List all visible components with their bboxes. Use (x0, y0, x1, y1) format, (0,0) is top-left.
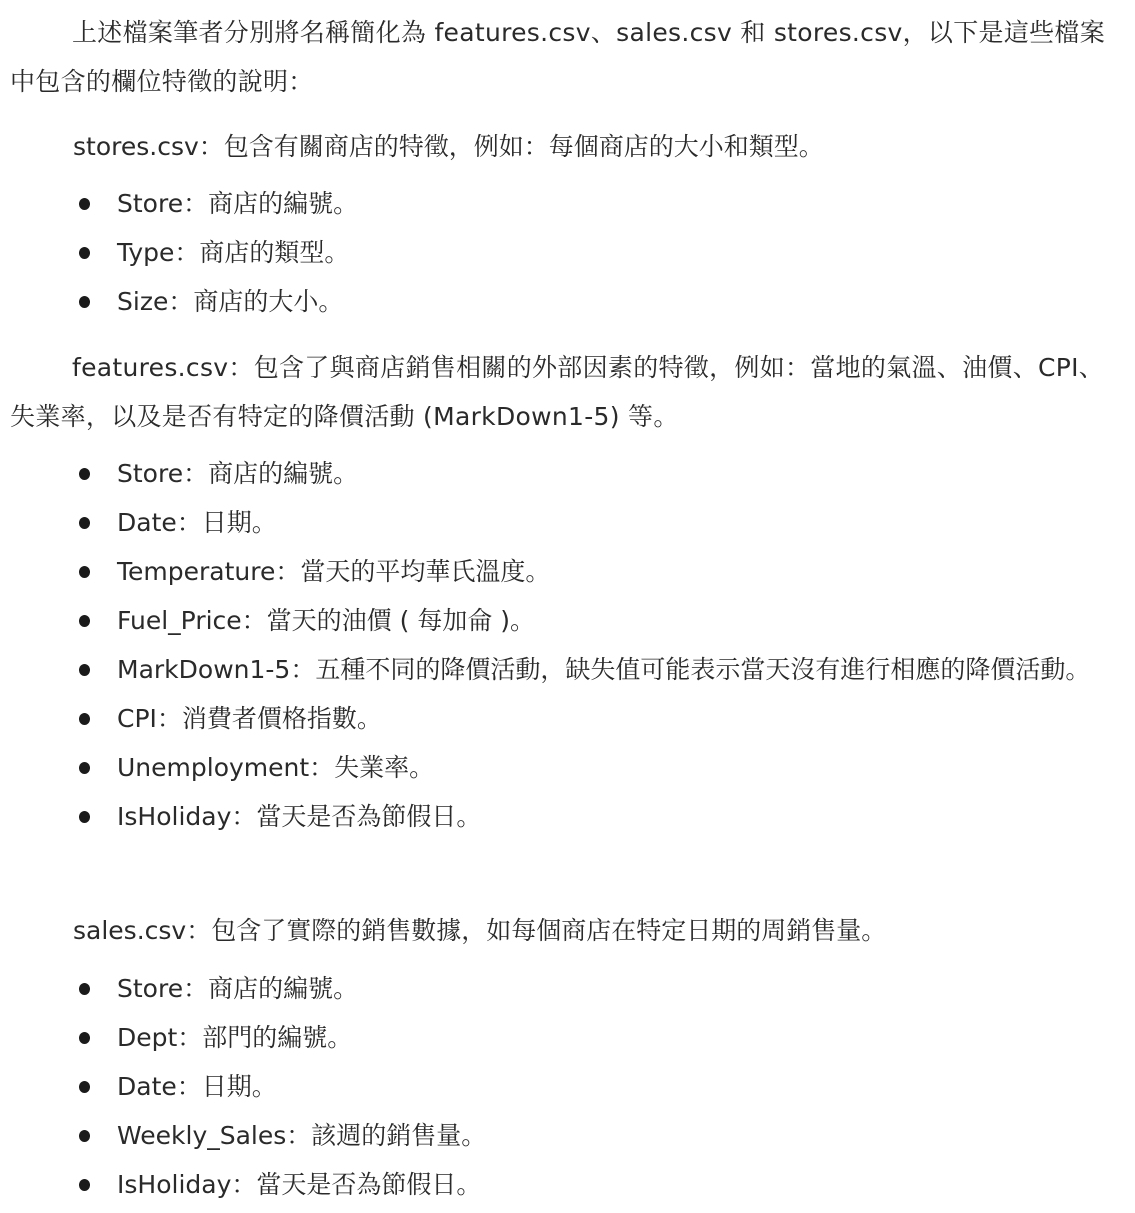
list-item: IsHoliday：當天是否為節假日。 (0, 792, 1117, 841)
list-item: Date：日期。 (0, 498, 1117, 547)
list-item: Store：商店的編號。 (0, 964, 1117, 1013)
list-item: Size：商店的大小。 (0, 277, 1117, 326)
bullet-icon (79, 468, 90, 480)
bullet-icon (79, 1130, 90, 1142)
bullet-icon (79, 566, 90, 578)
list-item: IsHoliday：當天是否為節假日。 (0, 1160, 1117, 1209)
bullet-icon (79, 1032, 90, 1044)
list-item: Unemployment：失業率。 (0, 743, 1117, 792)
bullet-icon (79, 247, 90, 259)
bullet-icon (79, 1081, 90, 1093)
bullet-icon (79, 762, 90, 774)
sales-field-list: Store：商店的編號。 Dept：部門的編號。 Date：日期。 Weekly… (0, 964, 1117, 1209)
stores-field-list: Store：商店的編號。 Type：商店的類型。 Size：商店的大小。 (0, 179, 1117, 326)
list-item: MarkDown1-5：五種不同的降價活動，缺失值可能表示當天沒有進行相應的降價… (0, 645, 1117, 694)
features-description: features.csv：包含了與商店銷售相關的外部因素的特徵，例如：當地的氣溫… (10, 343, 1117, 441)
list-item: CPI：消費者價格指數。 (0, 694, 1117, 743)
bullet-icon (79, 983, 90, 995)
document-page: 上述檔案筆者分別將名稱簡化為 features.csv、sales.csv 和 … (0, 0, 1135, 1213)
bullet-icon (79, 713, 90, 725)
bullet-icon (79, 296, 90, 308)
sales-description: sales.csv：包含了實際的銷售數據，如每個商店在特定日期的周銷售量。 (73, 916, 886, 946)
stores-description: stores.csv：包含有關商店的特徵，例如：每個商店的大小和類型。 (73, 132, 824, 162)
list-item: Type：商店的類型。 (0, 228, 1117, 277)
list-item: Fuel_Price：當天的油價 ( 每加侖 )。 (0, 596, 1117, 645)
list-item: Date：日期。 (0, 1062, 1117, 1111)
features-field-list: Store：商店的編號。 Date：日期。 Temperature：當天的平均華… (0, 449, 1117, 841)
bullet-icon (79, 198, 90, 210)
bullet-icon (79, 517, 90, 529)
list-item: Dept：部門的編號。 (0, 1013, 1117, 1062)
bullet-icon (79, 1179, 90, 1191)
list-item: Weekly_Sales：該週的銷售量。 (0, 1111, 1117, 1160)
bullet-icon (79, 811, 90, 823)
list-item: Store：商店的編號。 (0, 179, 1117, 228)
list-item: Store：商店的編號。 (0, 449, 1117, 498)
intro-paragraph: 上述檔案筆者分別將名稱簡化為 features.csv、sales.csv 和 … (10, 8, 1117, 106)
bullet-icon (79, 615, 90, 627)
bullet-icon (79, 664, 90, 676)
list-item: Temperature：當天的平均華氏溫度。 (0, 547, 1117, 596)
